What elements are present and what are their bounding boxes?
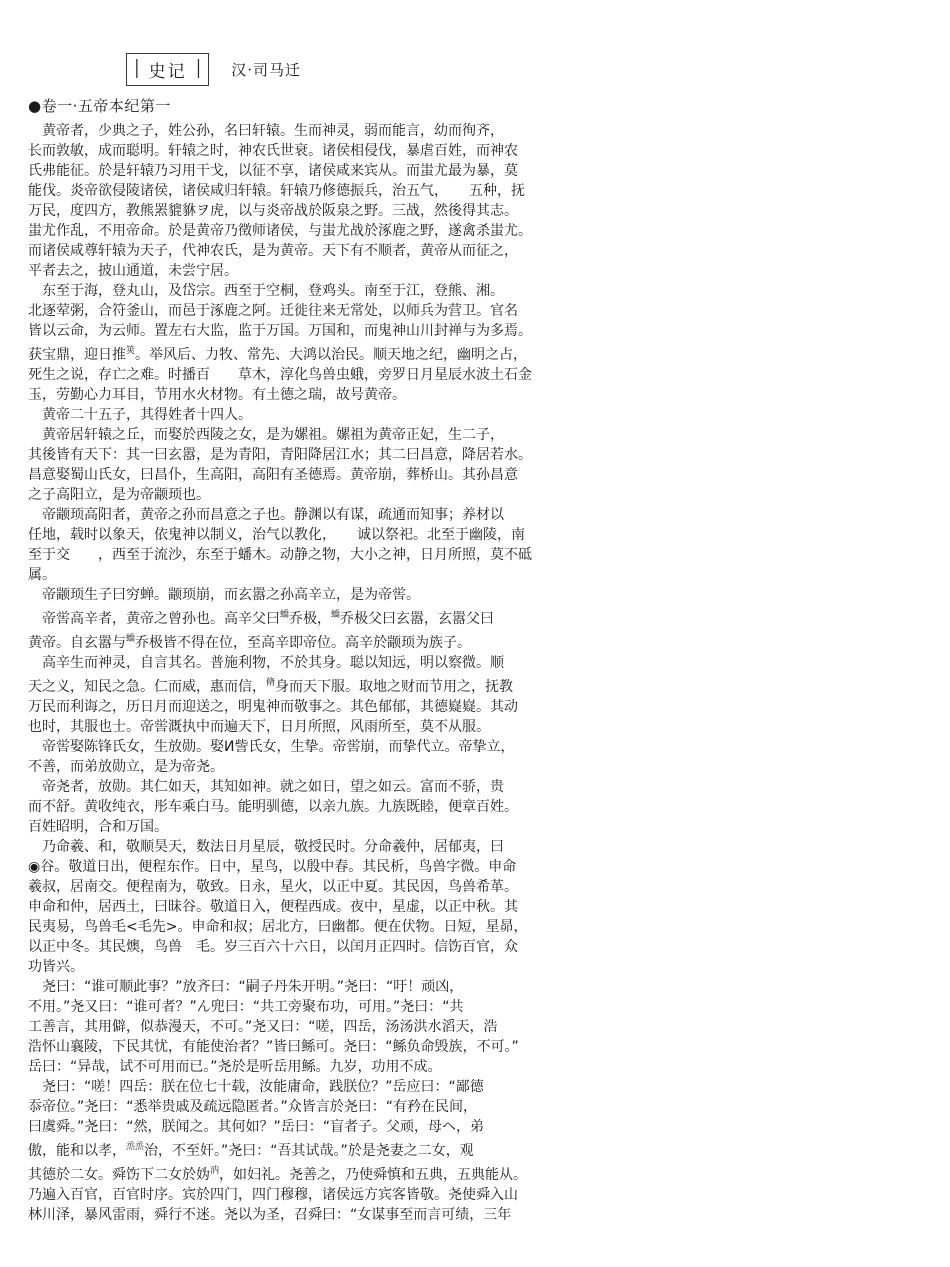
paragraph: 帝颛顼高阳者，黄帝之孙而昌意之子也。静渊以有谋，疏通而知事；养材以 任地，载时以…: [28, 505, 613, 585]
text-run: 帝颛顼高阳者，黄帝之孙而昌意之子也。静渊以有谋，疏通而知事；养材以 任地，载时以…: [28, 507, 532, 583]
paragraph: 黄帝者，少典之子，姓公孙，名曰轩辕。生而神灵，弱而能言，幼而徇齐， 长而敦敏，成…: [28, 121, 613, 281]
text-run: 帝喾高辛者，黄帝之曾孙也。高辛父曰: [28, 611, 280, 627]
text-run: 乃命羲、和，敬顺昊天，数法日月星辰，敬授民时。分命羲仲，居郁夷，曰 ◉谷。敬道日…: [28, 839, 527, 975]
small-glyph: 脩: [266, 678, 275, 688]
small-glyph: 烝烝: [126, 1142, 144, 1152]
text-run: 乔极皆不得在位，至高辛即帝位。高辛於颛顼为族子。: [135, 635, 471, 651]
small-glyph: 蟜: [331, 610, 340, 620]
document-header: │ 史记 │ 汉·司马迁: [126, 53, 301, 86]
paragraph: 高辛生而神灵，自言其名。普施利物，不於其身。聪以知远，明以察微。顺 天之义，知民…: [28, 653, 613, 737]
small-glyph: 筴: [126, 346, 135, 356]
paragraph: 尧曰：“嗟！四岳：朕在位七十载，汝能庸命，践朕位？”岳应曰：“鄙德 忝帝位。”尧…: [28, 1077, 613, 1225]
text-run: 帝喾娶陈锋氏女，生放勋。娶И訾氏女，生挚。帝喾崩，而挚代立。帝挚立， 不善，而弟…: [28, 739, 514, 775]
paragraph: 帝喾娶陈锋氏女，生放勋。娶И訾氏女，生挚。帝喾崩，而挚代立。帝挚立， 不善，而弟…: [28, 737, 613, 777]
paragraph: 乃命羲、和，敬顺昊天，数法日月星辰，敬授民时。分命羲仲，居郁夷，曰 ◉谷。敬道日…: [28, 837, 613, 977]
paragraph: 尧曰：“谁可顺此事？”放齐曰：“嗣子丹朱开明。”尧曰：“吁！顽凶， 不用。”尧又…: [28, 977, 613, 1077]
book-title-box: │ 史记 │: [126, 53, 209, 86]
small-glyph: 蟜: [280, 610, 289, 620]
paragraph: 东至于海，登丸山，及岱宗。西至于空桐，登鸡头。南至于江，登熊、湘。 北逐荤粥，合…: [28, 281, 613, 405]
paragraph: 黄帝二十五子，其得姓者十四人。: [28, 405, 613, 425]
text-run: 黄帝居轩辕之丘，而娶於西陵之女，是为嫘祖。嫘祖为黄帝正妃，生二子， 其後皆有天下…: [28, 427, 532, 503]
title-box-left-bar: │: [132, 61, 142, 77]
text-run: 黄帝二十五子，其得姓者十四人。: [28, 407, 252, 423]
text-run: 帝颛顼生子曰穷蝉。颛顼崩，而玄嚣之孙高辛立，是为帝喾。: [28, 587, 420, 603]
book-title: 史记: [149, 57, 187, 82]
small-glyph: 蟜: [126, 634, 135, 644]
document-body: 黄帝者，少典之子，姓公孙，名曰轩辕。生而神灵，弱而能言，幼而徇齐， 长而敦敏，成…: [28, 121, 613, 1225]
book-author: 汉·司马迁: [231, 59, 301, 80]
text-run: 帝尧者，放勋。其仁如天，其知如神。就之如日，望之如云。富而不骄，贵 而不舒。黄收…: [28, 779, 518, 835]
paragraph: 黄帝居轩辕之丘，而娶於西陵之女，是为嫘祖。嫘祖为黄帝正妃，生二子， 其後皆有天下…: [28, 425, 613, 505]
text-run: 尧曰：“谁可顺此事？”放齐曰：“嗣子丹朱开明。”尧曰：“吁！顽凶， 不用。”尧又…: [28, 979, 519, 1075]
text-run: 黄帝者，少典之子，姓公孙，名曰轩辕。生而神灵，弱而能言，幼而徇齐， 长而敦敏，成…: [28, 123, 532, 279]
document-page: │ 史记 │ 汉·司马迁 ●卷一·五帝本纪第一 黄帝者，少典之子，姓公孙，名曰轩…: [0, 0, 950, 1267]
title-box-right-bar: │: [194, 61, 204, 77]
chapter-heading: ●卷一·五帝本纪第一: [28, 95, 171, 116]
small-glyph: 汭: [210, 1166, 219, 1176]
paragraph: 帝颛顼生子曰穷蝉。颛顼崩，而玄嚣之孙高辛立，是为帝喾。: [28, 585, 613, 605]
text-run: 乔极，: [289, 611, 331, 627]
paragraph: 帝喾高辛者，黄帝之曾孙也。高辛父曰蟜乔极，蟜乔极父曰玄嚣，玄嚣父曰 黄帝。自玄嚣…: [28, 605, 613, 653]
paragraph: 帝尧者，放勋。其仁如天，其知如神。就之如日，望之如云。富而不骄，贵 而不舒。黄收…: [28, 777, 613, 837]
